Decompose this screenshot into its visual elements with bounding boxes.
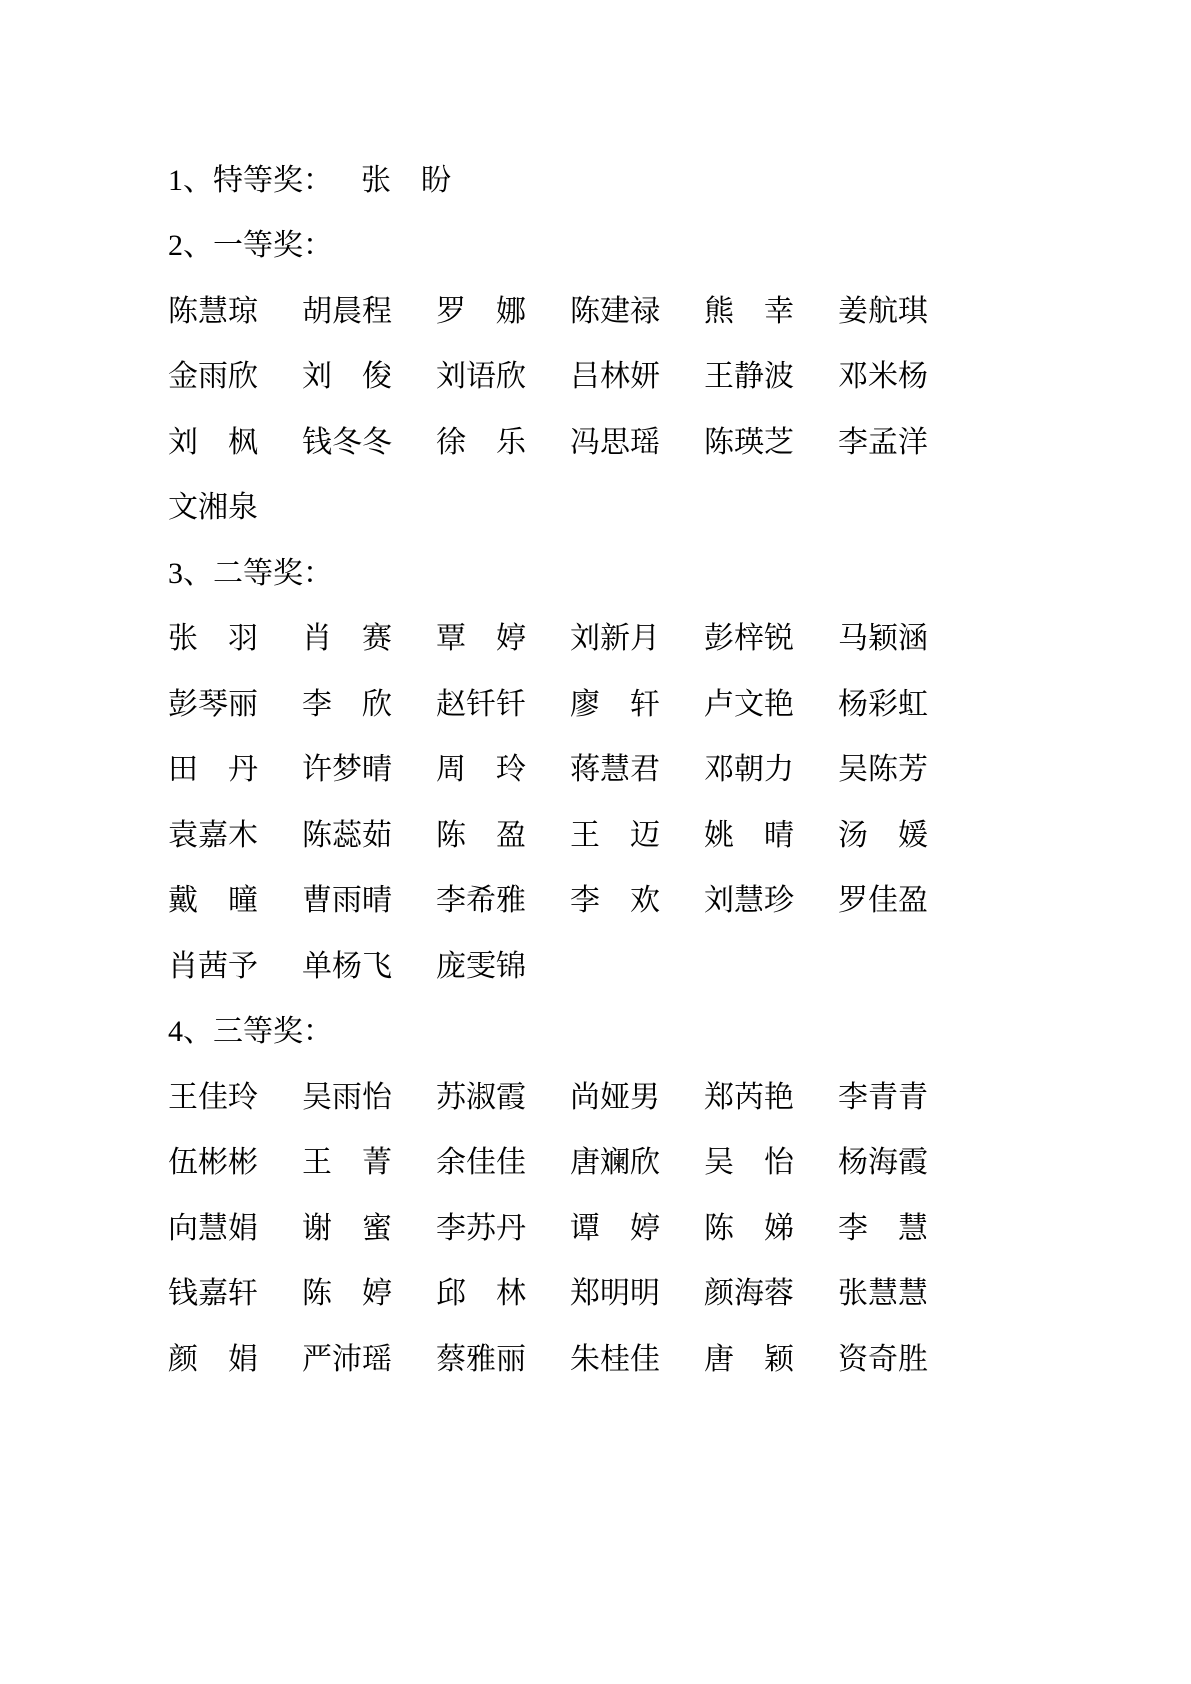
winner-name: 罗 娜 bbox=[436, 286, 528, 330]
name-row: 田 丹许梦晴周 玲蒋慧君邓朝力吴陈芳 bbox=[168, 734, 1028, 800]
winner-name: 徐 乐 bbox=[436, 417, 528, 461]
winner-name: 王 迈 bbox=[570, 810, 662, 854]
document-content: 1、特等奖：张 盼2、一等奖：陈慧琼胡晨程罗 娜陈建禄熊 幸姜航琪金雨欣刘 俊刘… bbox=[168, 144, 1028, 1389]
winner-name: 罗佳盈 bbox=[838, 875, 930, 919]
winner-name: 苏淑霞 bbox=[436, 1072, 528, 1116]
winner-name: 陈蕊茹 bbox=[302, 810, 394, 854]
winner-name: 王佳玲 bbox=[168, 1072, 260, 1116]
section-heading-special-prize: 1、特等奖：张 盼 bbox=[168, 144, 1028, 210]
name-row: 颜 娟严沛瑶蔡雅丽朱桂佳唐 颖资奇胜 bbox=[168, 1323, 1028, 1389]
winner-name: 邱 林 bbox=[436, 1268, 528, 1312]
winner-name: 李苏丹 bbox=[436, 1203, 528, 1247]
winner-name: 杨彩虹 bbox=[838, 679, 930, 723]
winner-name: 钱嘉轩 bbox=[168, 1268, 260, 1312]
name-row: 王佳玲吴雨怡苏淑霞尚娅男郑芮艳李青青 bbox=[168, 1061, 1028, 1127]
winner-name: 蔡雅丽 bbox=[436, 1334, 528, 1378]
winner-name: 冯思瑶 bbox=[570, 417, 662, 461]
winner-name: 刘慧珍 bbox=[704, 875, 796, 919]
winner-name: 吴陈芳 bbox=[838, 744, 930, 788]
winner-name: 谭 婷 bbox=[570, 1203, 662, 1247]
winner-name: 颜 娟 bbox=[168, 1334, 260, 1378]
winner-name: 姜航琪 bbox=[838, 286, 930, 330]
winner-name: 肖 赛 bbox=[302, 613, 394, 657]
winner-name: 尚娅男 bbox=[570, 1072, 662, 1116]
winner-name: 李孟洋 bbox=[838, 417, 930, 461]
winner-name: 朱桂佳 bbox=[570, 1334, 662, 1378]
winner-name: 吴雨怡 bbox=[302, 1072, 394, 1116]
section-heading-third-prize: 4、三等奖： bbox=[168, 996, 1028, 1062]
winner-name: 曹雨晴 bbox=[302, 875, 394, 919]
winner-name: 张 盼 bbox=[361, 155, 451, 199]
winner-name: 陈建禄 bbox=[570, 286, 662, 330]
name-row: 钱嘉轩陈 婷邱 林郑明明颜海蓉张慧慧 bbox=[168, 1258, 1028, 1324]
winner-name: 吕林妍 bbox=[570, 351, 662, 395]
winner-name: 周 玲 bbox=[436, 744, 528, 788]
winner-name: 杨海霞 bbox=[838, 1137, 930, 1181]
winner-name: 刘 俊 bbox=[302, 351, 394, 395]
name-row: 张 羽肖 赛覃 婷刘新月彭梓锐马颖涵 bbox=[168, 603, 1028, 669]
winner-name: 余佳佳 bbox=[436, 1137, 528, 1181]
winner-name: 李青青 bbox=[838, 1072, 930, 1116]
winner-name: 陈 娣 bbox=[704, 1203, 796, 1247]
winner-name: 熊 幸 bbox=[704, 286, 796, 330]
winner-name: 谢 蜜 bbox=[302, 1203, 394, 1247]
section-heading-label: 4、三等奖： bbox=[168, 1006, 333, 1050]
winner-name: 颜海蓉 bbox=[704, 1268, 796, 1312]
winner-name: 单杨飞 bbox=[302, 941, 394, 985]
name-row: 袁嘉木陈蕊茹陈 盈王 迈姚 晴汤 媛 bbox=[168, 799, 1028, 865]
winner-name: 李 欣 bbox=[302, 679, 394, 723]
winner-name: 郑明明 bbox=[570, 1268, 662, 1312]
section-heading-label: 3、二等奖： bbox=[168, 548, 333, 592]
name-row: 戴 曈曹雨晴李希雅李 欢刘慧珍罗佳盈 bbox=[168, 865, 1028, 931]
winner-name: 马颖涵 bbox=[838, 613, 930, 657]
winner-name: 刘语欣 bbox=[436, 351, 528, 395]
winner-name: 许梦晴 bbox=[302, 744, 394, 788]
winner-name: 庞雯锦 bbox=[436, 941, 528, 985]
winner-name: 姚 晴 bbox=[704, 810, 796, 854]
winner-name: 张 羽 bbox=[168, 613, 260, 657]
winner-name: 肖茜予 bbox=[168, 941, 260, 985]
name-row: 彭琴丽李 欣赵钎钎廖 轩卢文艳杨彩虹 bbox=[168, 668, 1028, 734]
winner-name: 李 慧 bbox=[838, 1203, 930, 1247]
winner-name: 邓米杨 bbox=[838, 351, 930, 395]
winner-name: 卢文艳 bbox=[704, 679, 796, 723]
winner-name: 袁嘉木 bbox=[168, 810, 260, 854]
winner-name: 王静波 bbox=[704, 351, 796, 395]
winner-name: 田 丹 bbox=[168, 744, 260, 788]
winner-name: 李 欢 bbox=[570, 875, 662, 919]
section-heading-label: 1、特等奖： bbox=[168, 155, 333, 199]
winner-name: 金雨欣 bbox=[168, 351, 260, 395]
name-row: 向慧娟谢 蜜李苏丹谭 婷陈 娣李 慧 bbox=[168, 1192, 1028, 1258]
winner-name: 唐斓欣 bbox=[570, 1137, 662, 1181]
section-heading-first-prize: 2、一等奖： bbox=[168, 210, 1028, 276]
winner-name: 张慧慧 bbox=[838, 1268, 930, 1312]
name-row: 文湘泉 bbox=[168, 472, 1028, 538]
winner-name: 廖 轩 bbox=[570, 679, 662, 723]
document-page: 1、特等奖：张 盼2、一等奖：陈慧琼胡晨程罗 娜陈建禄熊 幸姜航琪金雨欣刘 俊刘… bbox=[0, 0, 1191, 1684]
name-row: 伍彬彬王 菁余佳佳唐斓欣吴 怡杨海霞 bbox=[168, 1127, 1028, 1193]
winner-name: 彭琴丽 bbox=[168, 679, 260, 723]
winner-name: 唐 颖 bbox=[704, 1334, 796, 1378]
winner-name: 李希雅 bbox=[436, 875, 528, 919]
winner-name: 汤 媛 bbox=[838, 810, 930, 854]
name-row: 肖茜予单杨飞庞雯锦 bbox=[168, 930, 1028, 996]
winner-name: 文湘泉 bbox=[168, 482, 260, 526]
winner-name: 邓朝力 bbox=[704, 744, 796, 788]
name-row: 金雨欣刘 俊刘语欣吕林妍王静波邓米杨 bbox=[168, 341, 1028, 407]
name-row: 陈慧琼胡晨程罗 娜陈建禄熊 幸姜航琪 bbox=[168, 275, 1028, 341]
winner-name: 资奇胜 bbox=[838, 1334, 930, 1378]
winner-name: 陈 盈 bbox=[436, 810, 528, 854]
winner-name: 郑芮艳 bbox=[704, 1072, 796, 1116]
winner-name: 王 菁 bbox=[302, 1137, 394, 1181]
name-row: 刘 枫钱冬冬徐 乐冯思瑶陈瑛芝李孟洋 bbox=[168, 406, 1028, 472]
winner-name: 严沛瑶 bbox=[302, 1334, 394, 1378]
section-heading-second-prize: 3、二等奖： bbox=[168, 537, 1028, 603]
winner-name: 赵钎钎 bbox=[436, 679, 528, 723]
winner-name: 向慧娟 bbox=[168, 1203, 260, 1247]
winner-name: 刘新月 bbox=[570, 613, 662, 657]
winner-name: 刘 枫 bbox=[168, 417, 260, 461]
winner-name: 陈瑛芝 bbox=[704, 417, 796, 461]
winner-name: 吴 怡 bbox=[704, 1137, 796, 1181]
winner-name: 戴 曈 bbox=[168, 875, 260, 919]
winner-name: 伍彬彬 bbox=[168, 1137, 260, 1181]
winner-name: 覃 婷 bbox=[436, 613, 528, 657]
winner-name: 钱冬冬 bbox=[302, 417, 394, 461]
winner-name: 彭梓锐 bbox=[704, 613, 796, 657]
section-heading-label: 2、一等奖： bbox=[168, 220, 333, 264]
winner-name: 蒋慧君 bbox=[570, 744, 662, 788]
winner-name: 陈 婷 bbox=[302, 1268, 394, 1312]
winner-name: 胡晨程 bbox=[302, 286, 394, 330]
winner-name: 陈慧琼 bbox=[168, 286, 260, 330]
